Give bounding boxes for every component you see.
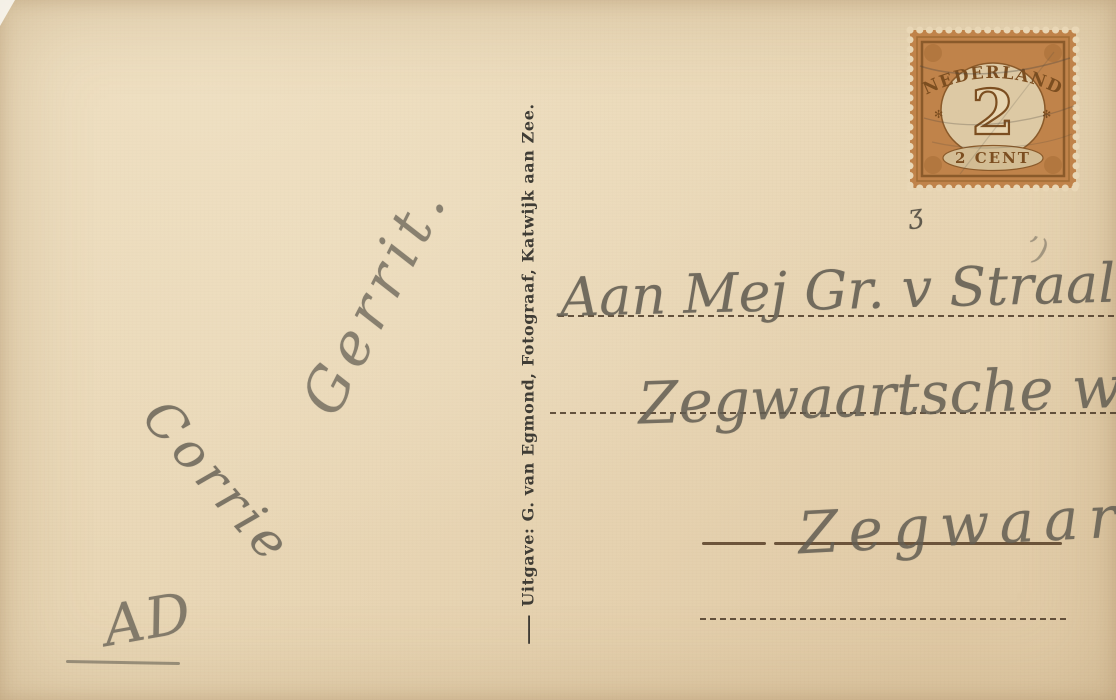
monogram-underline [66, 660, 180, 664]
worn-corner [0, 0, 15, 26]
handwritten-monogram: AD [98, 580, 197, 660]
address-line-2: Zegwaartsche weg [637, 350, 1116, 437]
postcard-back: ——Uitgave: G. van Egmond, Fotograaf, Kat… [0, 0, 1116, 700]
address-rule-4 [700, 618, 1066, 620]
imprint-dash: —— [519, 617, 538, 645]
svg-text:✻: ✻ [934, 108, 943, 121]
address-line-3: Zegwaart [796, 481, 1116, 568]
imprint-text: Uitgave: G. van Egmond, Fotograaf, Katwi… [519, 103, 538, 606]
handwritten-name-corrie: Corrie [131, 388, 305, 575]
publisher-imprint: ——Uitgave: G. van Egmond, Fotograaf, Kat… [519, 103, 538, 644]
address-rule-3a [702, 542, 766, 545]
stamp-denomination-text: 2 CENT [955, 149, 1031, 167]
handwritten-name-gerrit: Gerrit. [287, 170, 462, 426]
postage-stamp: NEDERLAND ✻✻ 2 2 CENT [902, 22, 1084, 198]
pencil-squiggle-mark: ʒ [906, 199, 925, 231]
